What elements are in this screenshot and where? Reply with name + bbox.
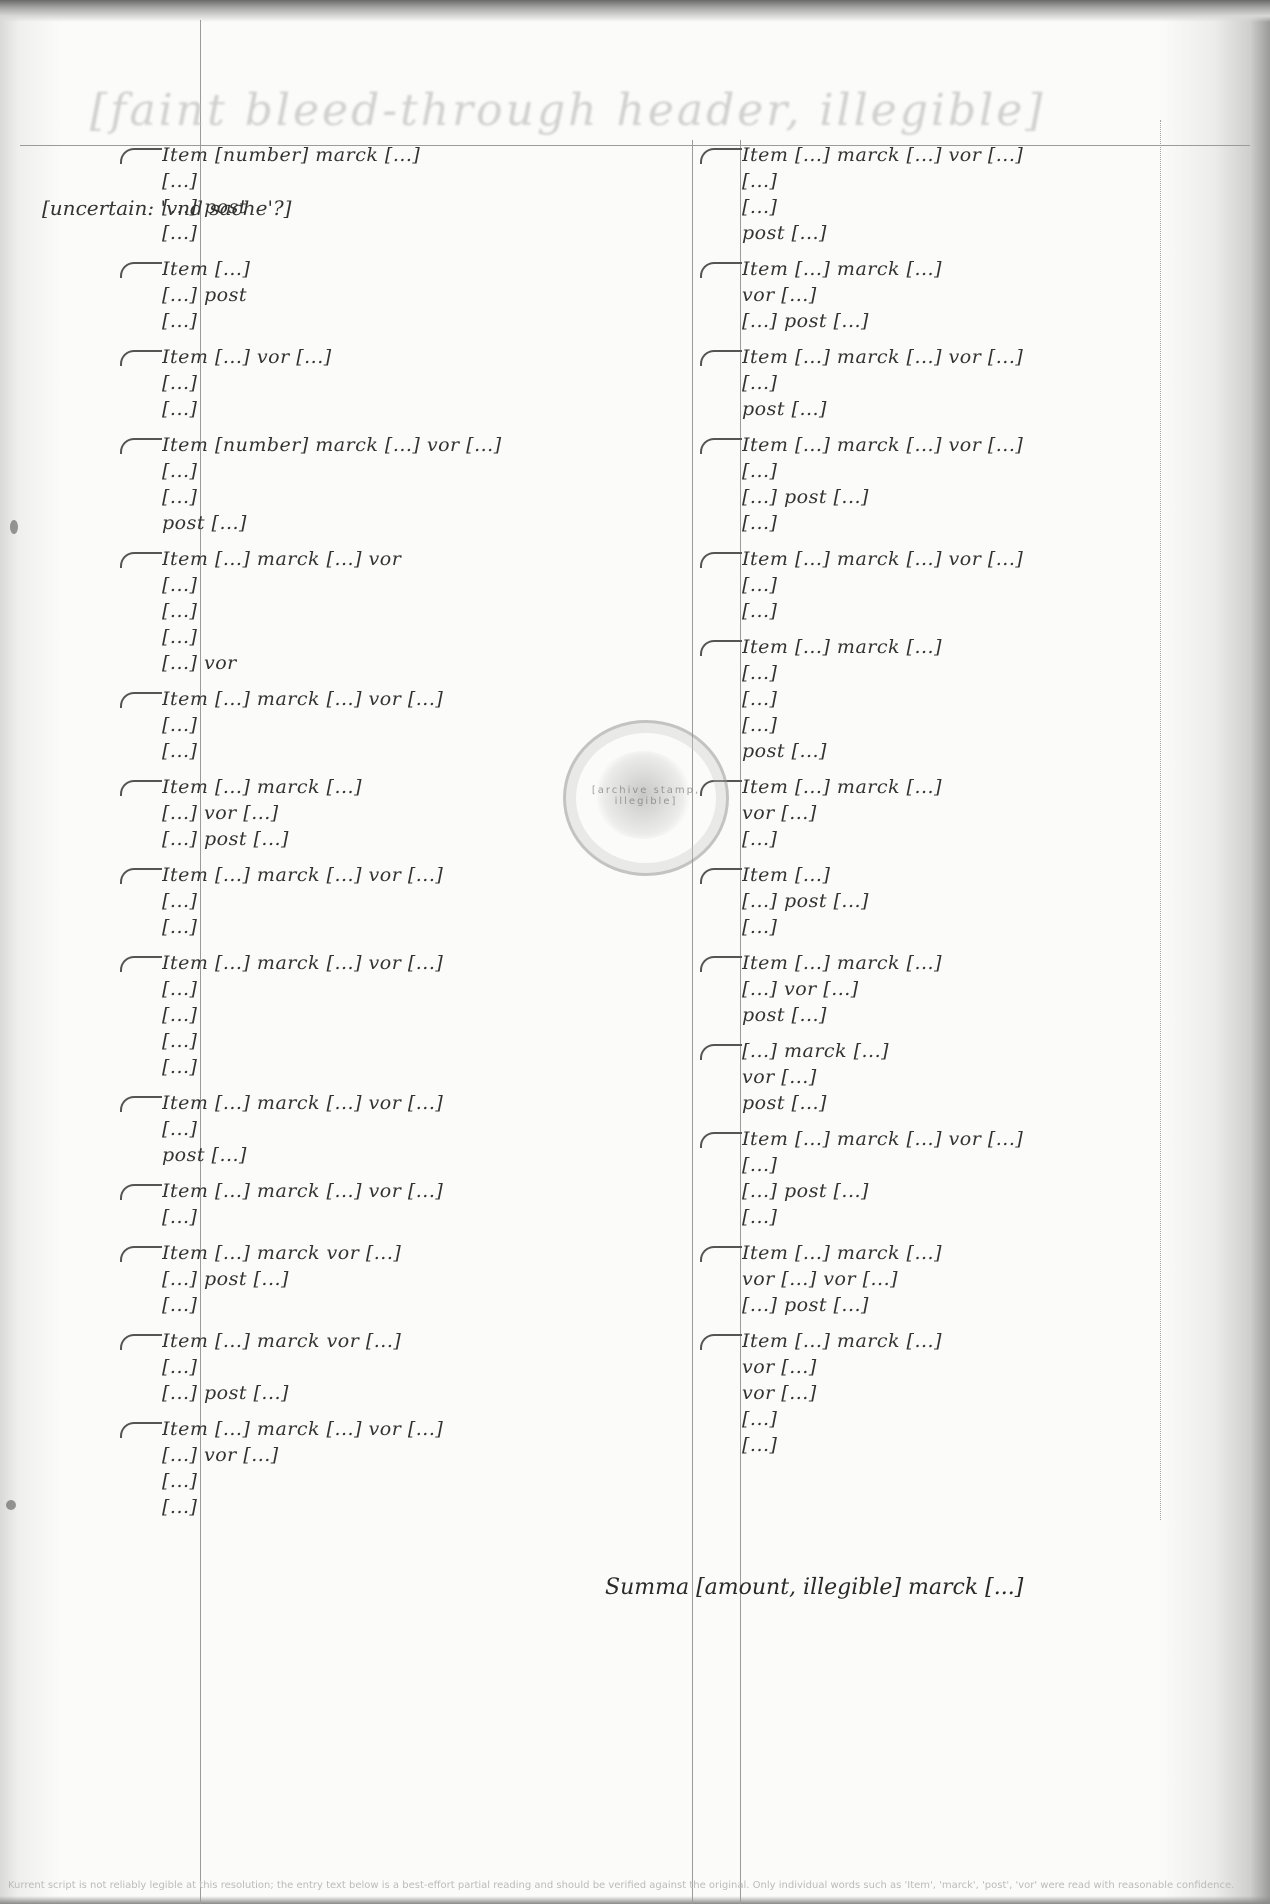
seal-text: [archive stamp, illegible] (566, 785, 726, 807)
entry-line: [...] (162, 370, 687, 396)
entry-flourish-mark (700, 350, 742, 366)
archive-seal-stamp: [archive stamp, illegible] (563, 720, 729, 876)
transcription-note: Kurrent script is not reliably legible a… (8, 1880, 1234, 1891)
entry-line: [...] (162, 598, 687, 624)
entry-flourish-mark (120, 350, 162, 366)
entry-line: vor [...] (742, 282, 1232, 308)
ledger-entry: Item [number] marck [...][...][...] post… (162, 142, 687, 246)
entry-line: [...] (162, 1292, 687, 1318)
entry-line: [...] (162, 1116, 687, 1142)
entry-flourish-mark (120, 1246, 162, 1262)
entry-line: post [...] (162, 510, 687, 536)
entry-line: Item [...] marck [...] (742, 950, 1232, 976)
entry-line: [...] (162, 1354, 687, 1380)
entry-flourish-mark (700, 552, 742, 568)
entry-line: [...] (742, 826, 1232, 852)
entry-line: [...] (742, 598, 1232, 624)
entry-flourish-mark (120, 1096, 162, 1112)
entry-line: [...] (162, 1054, 687, 1080)
entry-line: [...] (742, 686, 1232, 712)
entry-line: Item [...] marck [...] vor [...] (162, 1178, 687, 1204)
entry-line: [...] (742, 1432, 1232, 1458)
entry-line: [...] post [...] (742, 308, 1232, 334)
entry-flourish-mark (700, 438, 742, 454)
entry-line: Item [...] marck [...] vor (162, 546, 687, 572)
entry-line: [...] (742, 914, 1232, 940)
entry-flourish-mark (700, 956, 742, 972)
entry-line: vor [...] (742, 1380, 1232, 1406)
ledger-entry: Item [...] marck [...] vor [...][...][..… (742, 1126, 1232, 1230)
entry-line: [...] (742, 1406, 1232, 1432)
entry-line: [...] (742, 1152, 1232, 1178)
entry-line: post [...] (742, 396, 1232, 422)
entry-flourish-mark (120, 868, 162, 884)
entry-line: [...] (162, 484, 687, 510)
entry-line: Item [...] marck [...] vor [...] (742, 142, 1232, 168)
ink-blot (10, 520, 18, 534)
entry-line: [...] (162, 1494, 687, 1520)
entry-flourish-mark (120, 438, 162, 454)
entry-line: [...] (162, 1028, 687, 1054)
entry-line: [...] (162, 220, 687, 246)
entry-line: [...] (742, 370, 1232, 396)
entry-line: vor [...] (742, 1354, 1232, 1380)
entry-line: [...] (742, 194, 1232, 220)
entry-line: [...] marck [...] (742, 1038, 1232, 1064)
entry-flourish-mark (700, 868, 742, 884)
ledger-entry: Item [...] marck [...] vor [...][...][..… (742, 546, 1232, 624)
entry-line: Item [...] marck [...] (742, 1328, 1232, 1354)
entry-line: post [...] (742, 220, 1232, 246)
entry-flourish-mark (700, 1246, 742, 1262)
entry-line: vor [...] (742, 1064, 1232, 1090)
ledger-entry: Item [...] marck [...][...][...][...]pos… (742, 634, 1232, 764)
entry-line: [...] (162, 396, 687, 422)
ledger-entry: Item [...] marck [...]vor [...]vor [...]… (742, 1328, 1232, 1458)
ledger-entry: Item [...] marck [...] vor [...][...]pos… (742, 344, 1232, 422)
entry-line: Item [...] marck [...] vor [...] (742, 432, 1232, 458)
entry-line: Item [...] (742, 862, 1232, 888)
entry-line: [...] (162, 914, 687, 940)
ledger-entry: Item [...][...] post [...][...] (742, 862, 1232, 940)
entry-line: [...] (162, 624, 687, 650)
ledger-entry: Item [...] marck [...]vor [...][...] pos… (742, 256, 1232, 334)
ledger-entry: [...] marck [...]vor [...]post [...] (742, 1038, 1232, 1116)
entry-line: [...] (162, 1204, 687, 1230)
entry-line: [...] post [...] (162, 1380, 687, 1406)
ledger-entry: Item [...] marck [...] vor[...][...][...… (162, 546, 687, 676)
entry-line: Item [number] marck [...] (162, 142, 687, 168)
page-top-edge (0, 0, 1270, 22)
entry-flourish-mark (700, 1132, 742, 1148)
entry-line: [...] (162, 888, 687, 914)
entry-line: [...] (162, 976, 687, 1002)
entry-flourish-mark (120, 1334, 162, 1350)
entry-line: [...] (742, 572, 1232, 598)
ledger-entry: Item [...] marck [...]vor [...][...] (742, 774, 1232, 852)
entry-flourish-mark (700, 1334, 742, 1350)
entry-line: [...] post [...] (162, 1266, 687, 1292)
ink-blot (6, 1500, 16, 1510)
summa-total-line: Summa [amount, illegible] marck [...] (605, 1575, 1023, 1600)
entry-line: Item [...] marck [...] vor [...] (162, 686, 687, 712)
entry-flourish-mark (120, 1184, 162, 1200)
ledger-entry: Item [...] marck vor [...][...] post [..… (162, 1240, 687, 1318)
entry-line: Item [...] (162, 256, 687, 282)
entry-line: Item [...] marck vor [...] (162, 1328, 687, 1354)
entry-line: Item [...] marck [...] (742, 634, 1232, 660)
entry-line: [...] (742, 1204, 1232, 1230)
entry-line: Item [...] marck [...] (742, 256, 1232, 282)
ledger-entry: Item [...][...] post[...] (162, 256, 687, 334)
entry-line: post [...] (742, 1002, 1232, 1028)
entry-flourish-mark (700, 148, 742, 164)
ledger-entry: Item [...] marck [...]vor [...] vor [...… (742, 1240, 1232, 1318)
entry-line: vor [...] vor [...] (742, 1266, 1232, 1292)
ledger-entry: Item [...] marck [...] vor [...][...][..… (742, 432, 1232, 536)
ledger-entry: Item [...] marck [...][...] vor [...]pos… (742, 950, 1232, 1028)
entry-line: [...] post (162, 282, 687, 308)
entry-line: vor [...] (742, 800, 1232, 826)
entry-line: Item [...] marck [...] vor [...] (162, 1090, 687, 1116)
entry-line: [...] (742, 712, 1232, 738)
entry-flourish-mark (700, 262, 742, 278)
ledger-entry: Item [...] marck [...] vor [...][...][..… (162, 862, 687, 940)
entry-line: [...] (162, 1002, 687, 1028)
entry-line: [...] (742, 458, 1232, 484)
ledger-entry: Item [number] marck [...] vor [...][...]… (162, 432, 687, 536)
entry-line: Item [...] vor [...] (162, 344, 687, 370)
entry-line: post [...] (742, 738, 1232, 764)
entry-line: [...] (162, 168, 687, 194)
entry-line: [...] vor [...] (162, 1442, 687, 1468)
entry-line: Item [...] marck [...] (742, 774, 1232, 800)
entry-line: post [...] (162, 1142, 687, 1168)
entry-line: Item [...] marck [...] vor [...] (742, 1126, 1232, 1152)
entry-flourish-mark (120, 148, 162, 164)
ledger-entry: Item [...] marck vor [...][...][...] pos… (162, 1328, 687, 1406)
entry-flourish-mark (120, 692, 162, 708)
entry-flourish-mark (120, 780, 162, 796)
ledger-entry: Item [...] marck [...] vor [...][...][..… (162, 950, 687, 1080)
entry-line: [...] (162, 572, 687, 598)
entry-line: [...] post [...] (742, 484, 1232, 510)
entry-line: [...] (742, 168, 1232, 194)
ledger-entry: Item [...] vor [...][...][...] (162, 344, 687, 422)
entry-line: [...] post (162, 194, 687, 220)
ruled-line-column-divider-1 (692, 140, 693, 1904)
entry-flourish-mark (120, 552, 162, 568)
entry-line: [...] (742, 510, 1232, 536)
entry-line: Item [...] marck [...] vor [...] (742, 546, 1232, 572)
ledger-entry: Item [...] marck [...] vor [...][...][..… (742, 142, 1232, 246)
entry-flourish-mark (700, 640, 742, 656)
ruled-line-column-divider-2 (740, 140, 741, 1904)
entry-flourish-mark (120, 956, 162, 972)
page-bottom-edge (0, 1896, 1270, 1904)
entry-line: [...] post [...] (742, 1292, 1232, 1318)
entry-line: [...] post [...] (742, 1178, 1232, 1204)
entry-flourish-mark (120, 1422, 162, 1438)
entry-flourish-mark (700, 1044, 742, 1060)
entry-line: [...] (162, 1468, 687, 1494)
ledger-entry: Item [...] marck [...] vor [...][...] vo… (162, 1416, 687, 1520)
entry-line: [...] vor [...] (742, 976, 1232, 1002)
entry-line: Item [number] marck [...] vor [...] (162, 432, 687, 458)
ledger-entry: Item [...] marck [...] vor [...][...]pos… (162, 1090, 687, 1168)
right-column: Item [...] marck [...] vor [...][...][..… (742, 142, 1232, 1468)
ledger-entry: Item [...] marck [...] vor [...][...] (162, 1178, 687, 1230)
entry-line: Item [...] marck vor [...] (162, 1240, 687, 1266)
entry-line: [...] vor (162, 650, 687, 676)
entry-line: [...] (162, 458, 687, 484)
entry-line: Item [...] marck [...] (742, 1240, 1232, 1266)
entry-line: [...] (162, 308, 687, 334)
bleed-through-header: [faint bleed-through header, illegible] (90, 85, 1190, 136)
entry-line: post [...] (742, 1090, 1232, 1116)
entry-line: Item [...] marck [...] vor [...] (162, 1416, 687, 1442)
entry-line: Item [...] marck [...] vor [...] (162, 950, 687, 976)
entry-line: [...] (742, 660, 1232, 686)
entry-line: Item [...] marck [...] vor [...] (742, 344, 1232, 370)
entry-flourish-mark (120, 262, 162, 278)
entry-line: [...] post [...] (742, 888, 1232, 914)
